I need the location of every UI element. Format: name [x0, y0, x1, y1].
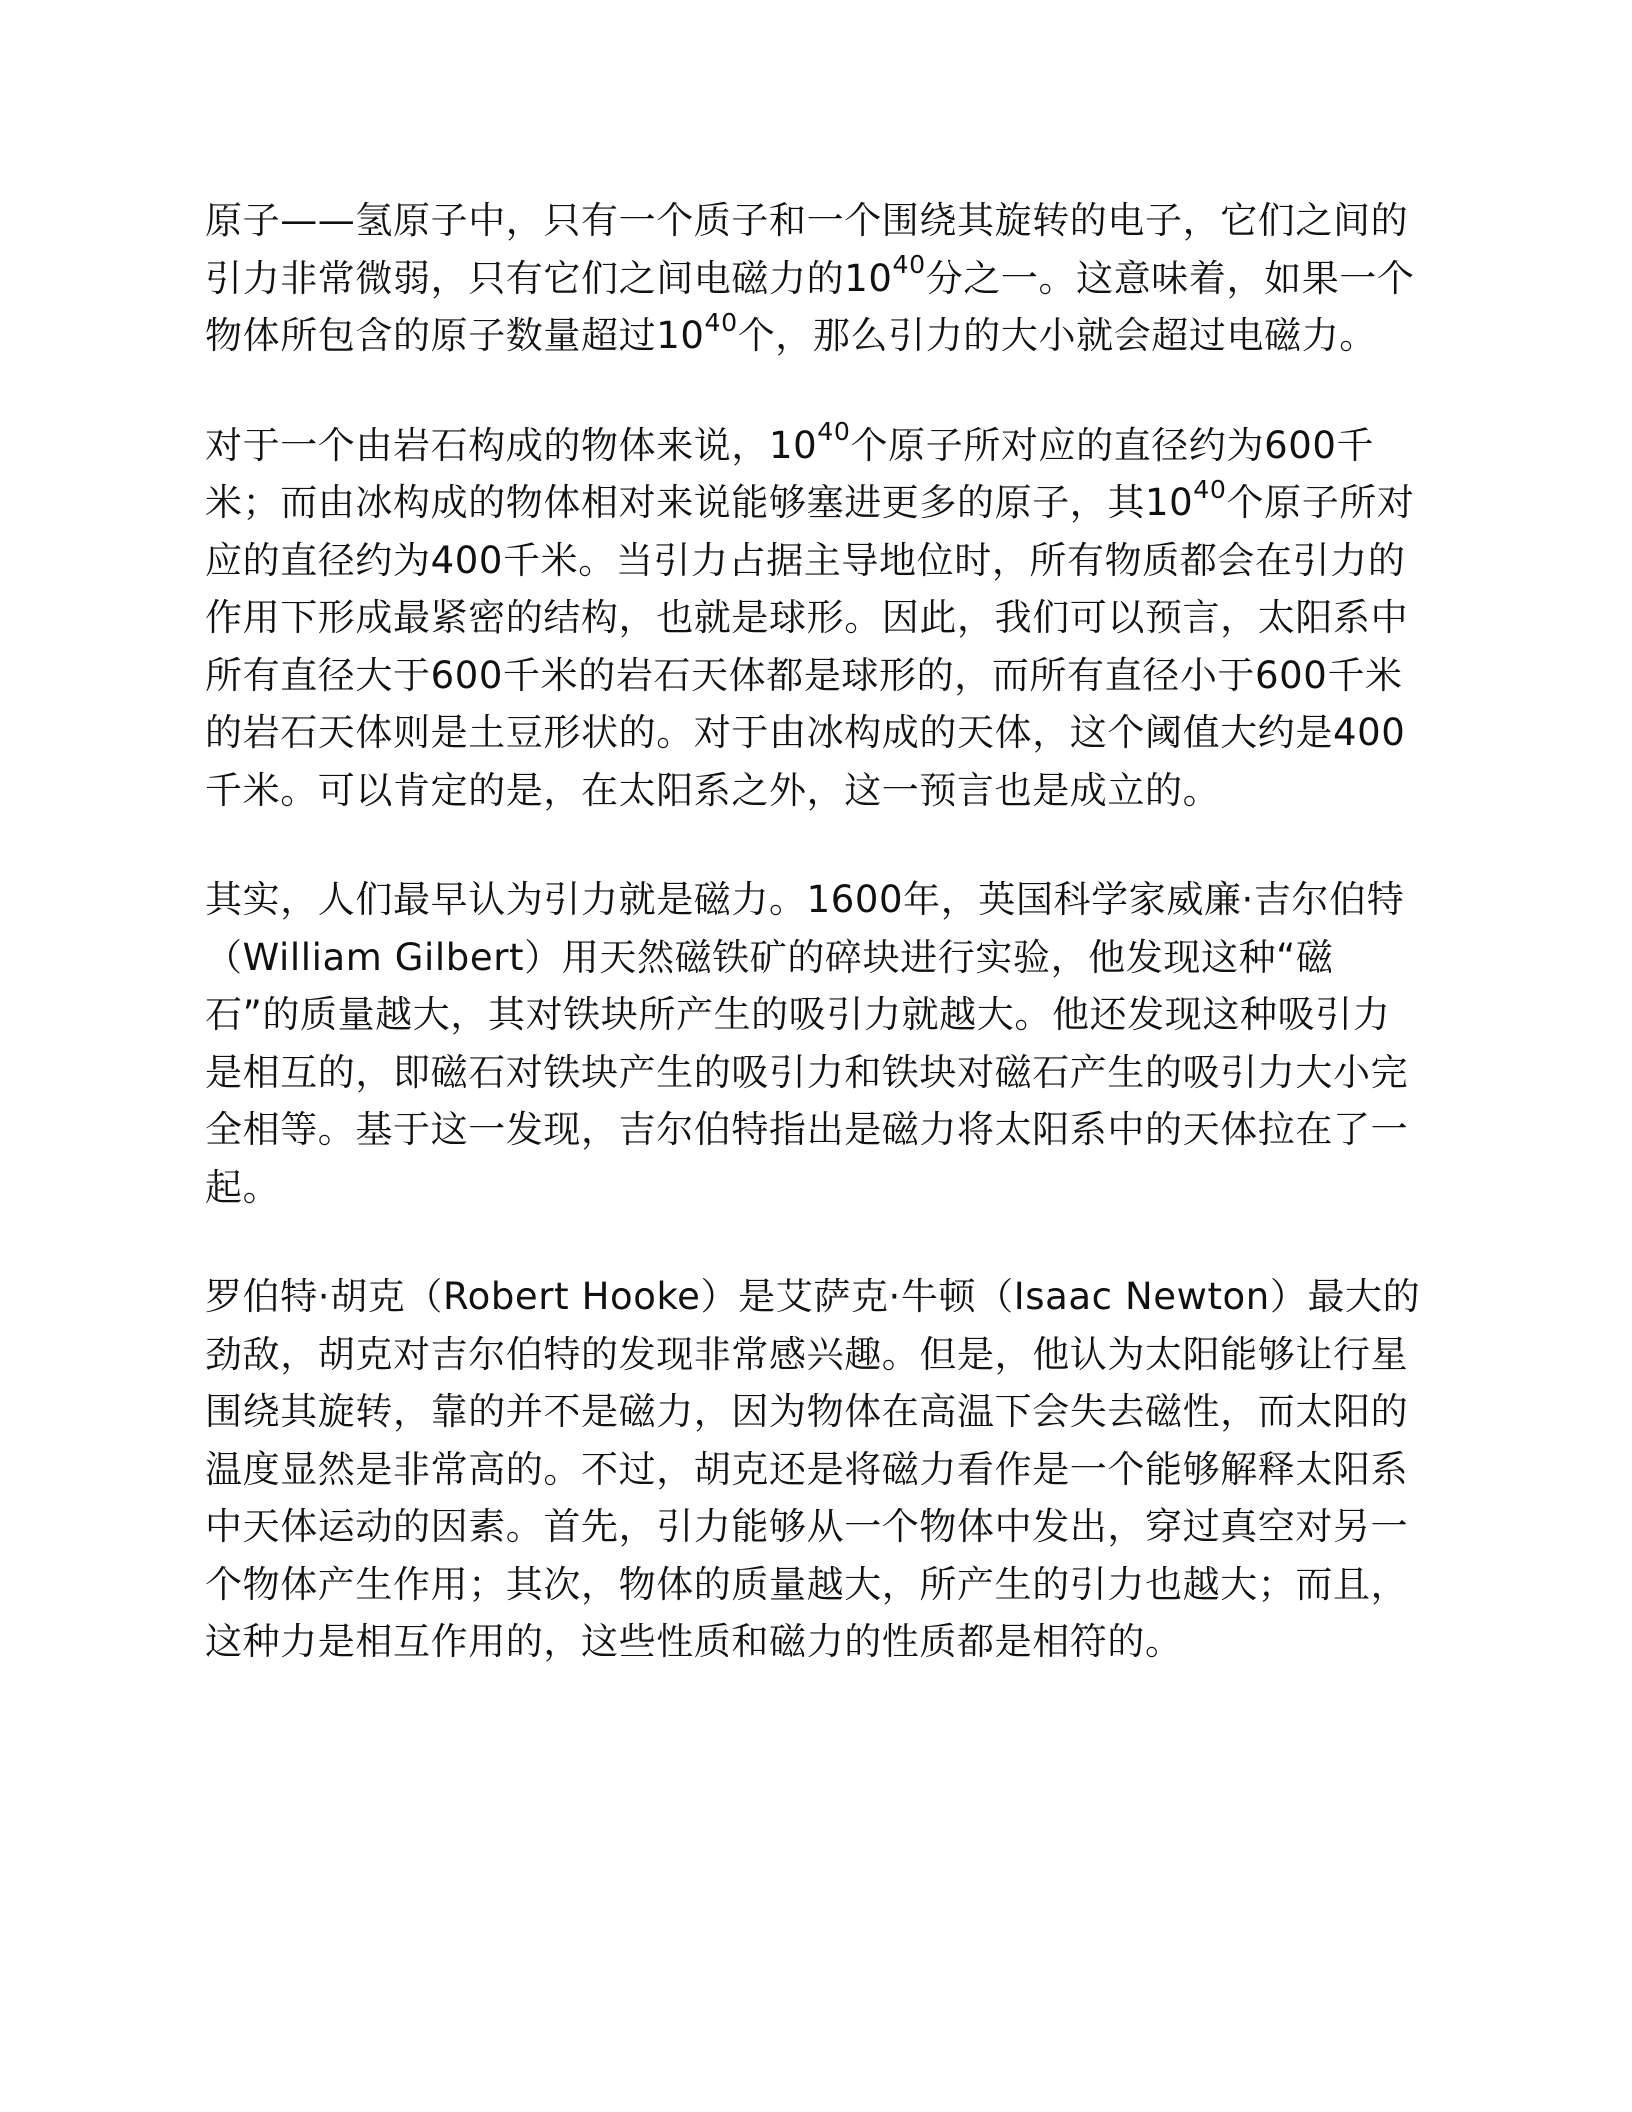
document-page: 原子——氢原子中，只有一个质子和一个围绕其旋转的电子，它们之间的引力非常微弱，只…	[205, 192, 1423, 1723]
text-run: 罗伯特·胡克（Robert Hooke）是艾萨克·牛顿（Isaac Newton…	[205, 1275, 1420, 1663]
text-run: 对于一个由岩石构成的物体来说，10	[205, 424, 817, 467]
superscript-exponent: 40	[704, 308, 737, 337]
paragraph-3: 其实，人们最早认为引力就是磁力。1600年，英国科学家威廉·吉尔伯特（Willi…	[205, 871, 1423, 1216]
paragraph-4: 罗伯特·胡克（Robert Hooke）是艾萨克·牛顿（Isaac Newton…	[205, 1268, 1423, 1671]
superscript-exponent: 40	[892, 250, 925, 279]
paragraph-2: 对于一个由岩石构成的物体来说，1040个原子所对应的直径约为600千米；而由冰构…	[205, 417, 1423, 820]
text-run: 其实，人们最早认为引力就是磁力。1600年，英国科学家威廉·吉尔伯特（Willi…	[205, 878, 1408, 1209]
text-run: 个，那么引力的大小就会超过电磁力。	[738, 314, 1377, 357]
superscript-exponent: 40	[817, 417, 850, 446]
paragraph-1: 原子——氢原子中，只有一个质子和一个围绕其旋转的电子，它们之间的引力非常微弱，只…	[205, 192, 1423, 365]
superscript-exponent: 40	[1193, 475, 1226, 504]
text-run: 个原子所对应的直径约为400千米。当引力占据主导地位时，所有物质都会在引力的作用…	[205, 481, 1415, 812]
